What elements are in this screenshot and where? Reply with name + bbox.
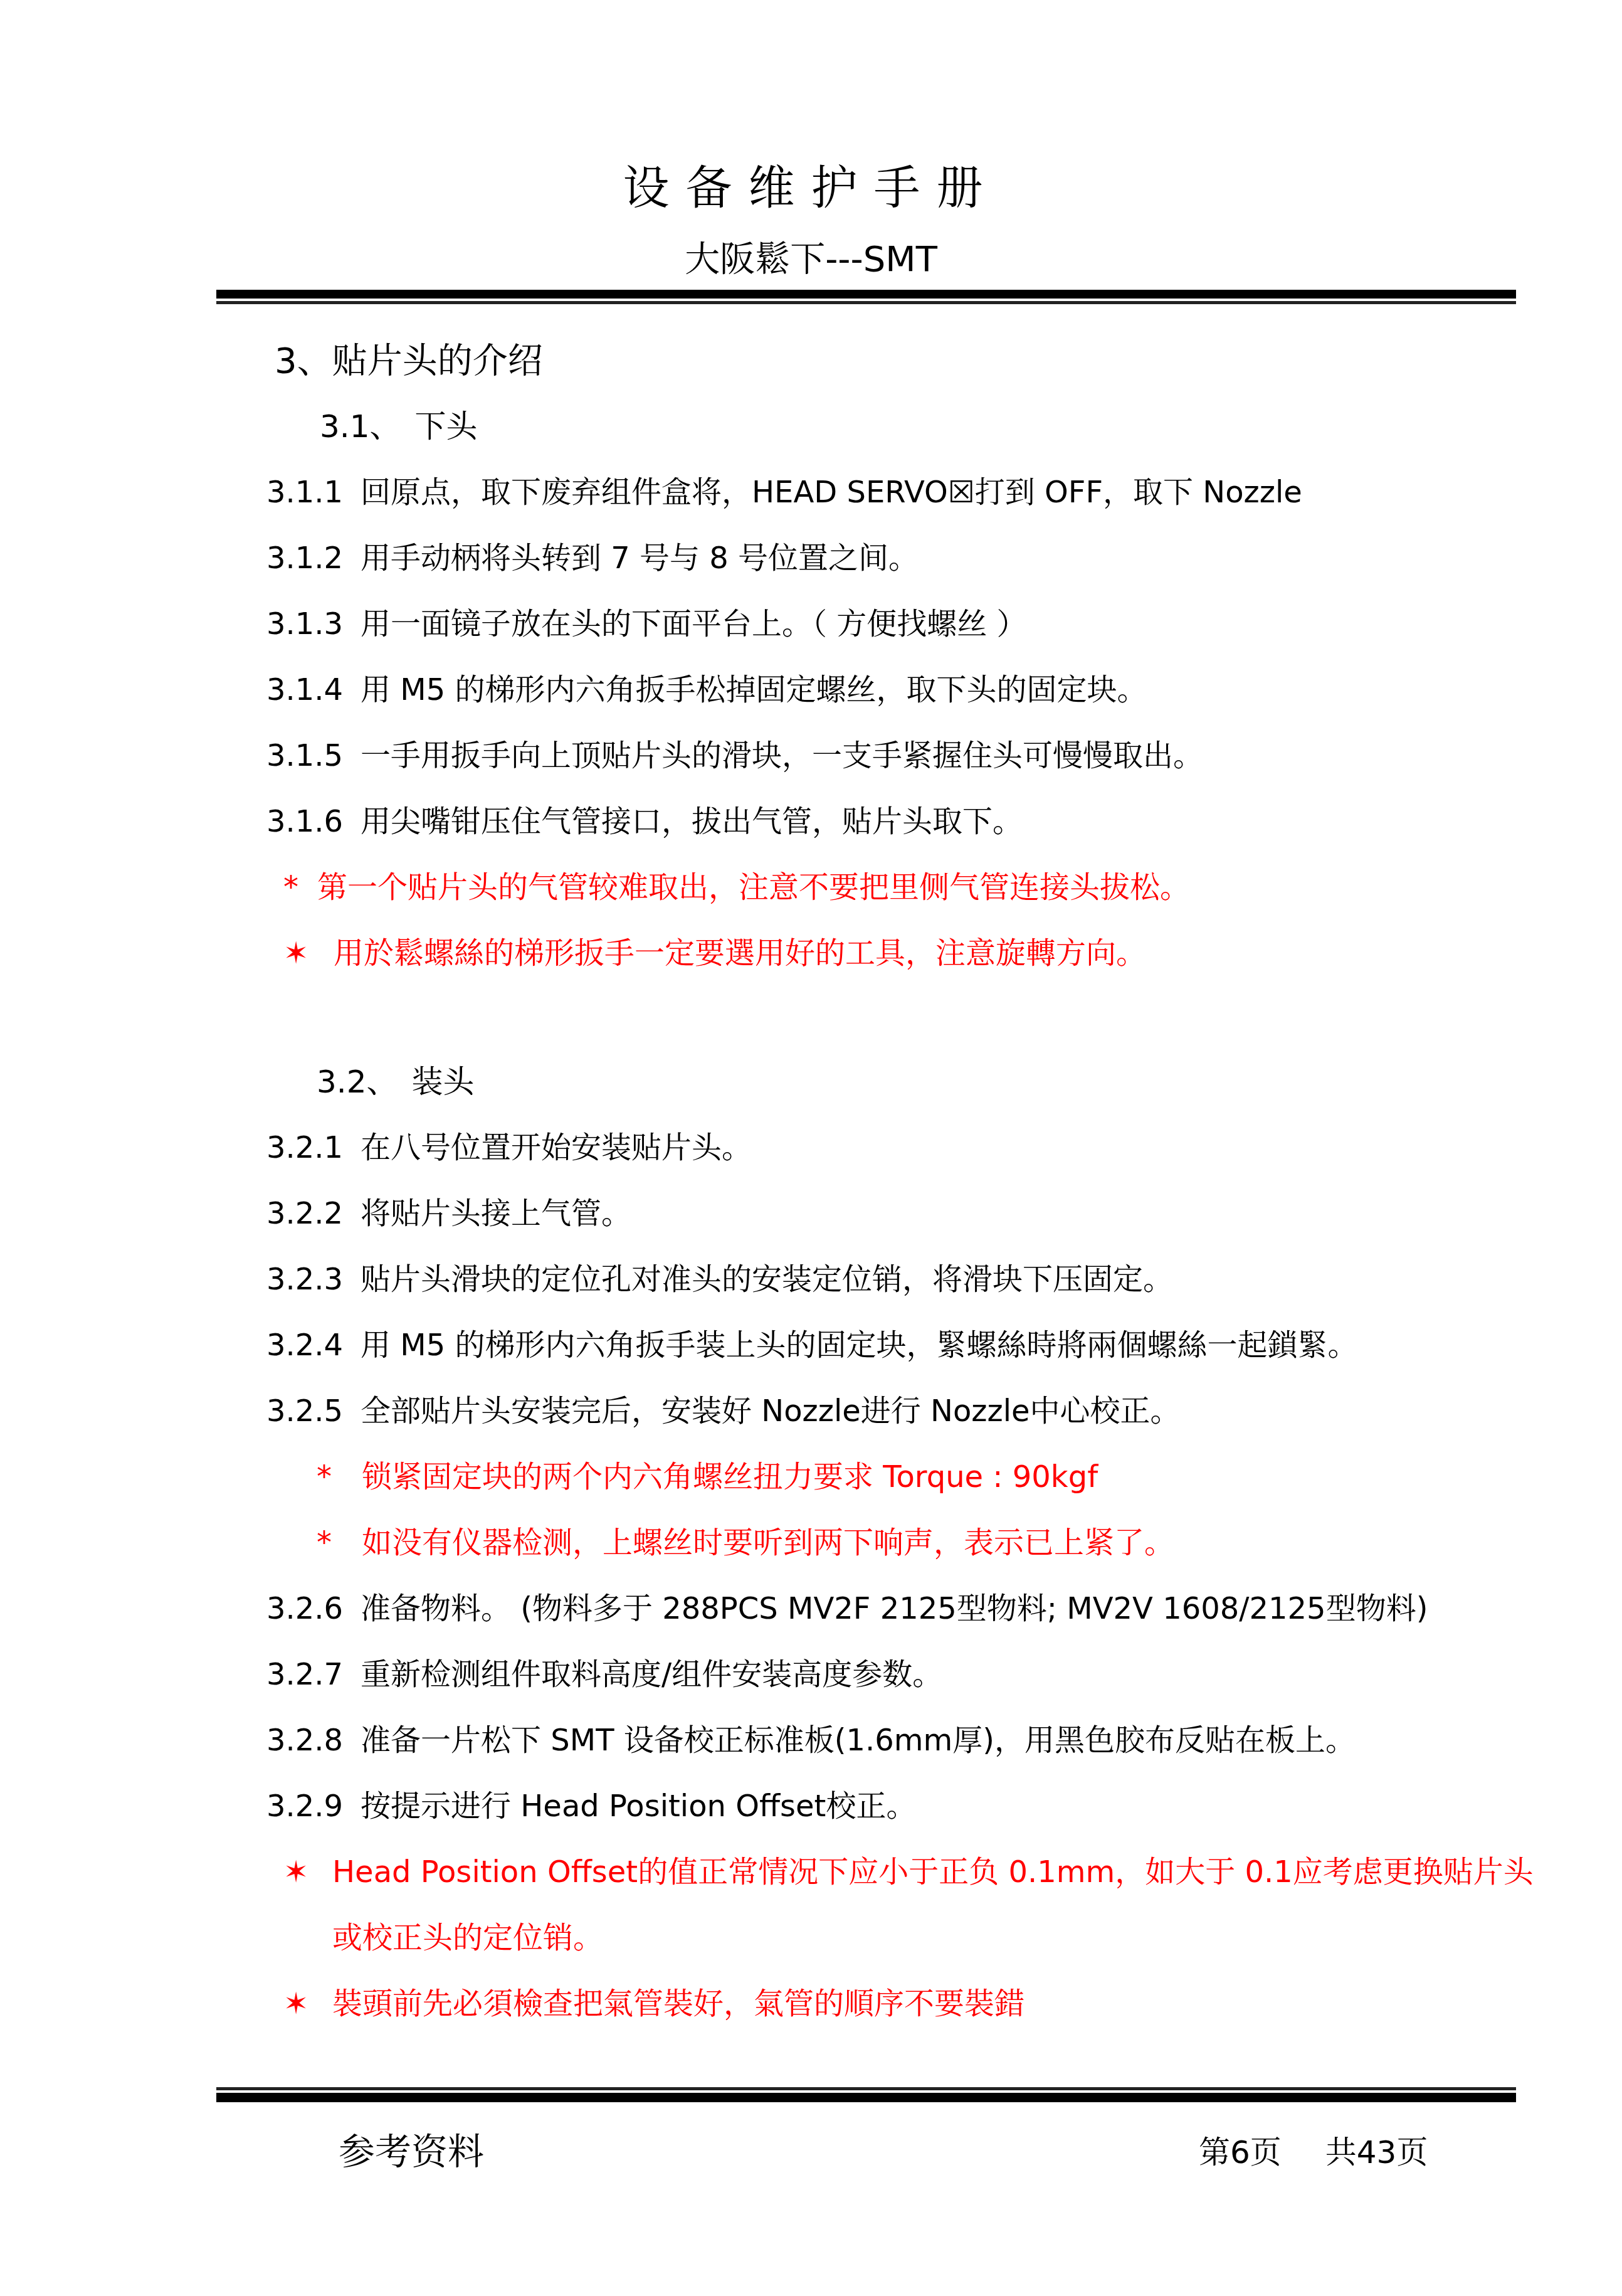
item-number: 3.1.4 bbox=[266, 671, 361, 709]
header-divider bbox=[216, 290, 1516, 305]
list-item: 3.2.4用 M5 的梯形内六角扳手装上头的固定块，緊螺絲時將兩個螺絲一起鎖緊。 bbox=[266, 1326, 1357, 1364]
note-text: 用於鬆螺絲的梯形扳手一定要選用好的工具，注意旋轉方向。 bbox=[334, 936, 1146, 971]
item-number: 3.2.2 bbox=[266, 1195, 361, 1232]
item-text: 用一面镜子放在头的下面平台上。（ 方便找螺丝 ） bbox=[361, 606, 1027, 642]
item-number: 3.1.2 bbox=[266, 539, 361, 577]
list-item: 3.2.7重新检测组件取料高度/组件安装高度参数。 bbox=[266, 1656, 942, 1693]
item-number: 3.2.7 bbox=[266, 1656, 361, 1693]
document-title: 设备维护手册 bbox=[0, 160, 1622, 216]
note-text: Head Position Offset的值正常情况下应小于正负 0.1mm，如… bbox=[332, 1854, 1534, 1890]
list-item: 3.1.5一手用扳手向上顶贴片头的滑块，一支手紧握住头可慢慢取出。 bbox=[266, 737, 1203, 775]
item-number: 3.2.1 bbox=[266, 1129, 361, 1167]
note-text: 裝頭前先必須檢查把氣管裝好，氣管的順序不要裝錯 bbox=[332, 1986, 1024, 2021]
item-number: 3.2.6 bbox=[266, 1590, 361, 1627]
footer-divider-thick bbox=[216, 2093, 1516, 2102]
item-text: 按提示进行 Head Position Offset校正。 bbox=[361, 1789, 916, 1824]
note-text: 如没有仪器检测，上螺丝时要听到两下响声，表示已上紧了。 bbox=[362, 1525, 1174, 1560]
warning-note: ✶用於鬆螺絲的梯形扳手一定要選用好的工具，注意旋轉方向。 bbox=[283, 934, 1146, 972]
note-text: 第一个贴片头的气管较难取出，注意不要把里侧气管连接头拔松。 bbox=[317, 870, 1190, 905]
list-item: 3.1.2用手动柄将头转到 7 号与 8 号位置之间。 bbox=[266, 539, 919, 577]
asterisk-icon: * bbox=[317, 1458, 362, 1496]
item-text: 回原点，取下废弃组件盒将，HEAD SERVO☒打到 OFF，取下 Nozzle bbox=[361, 475, 1302, 510]
item-number: 3.1.3 bbox=[266, 605, 361, 643]
item-number: 3.2.9 bbox=[266, 1787, 361, 1825]
list-item: 3.1.4用 M5 的梯形内六角扳手松掉固定螺丝，取下头的固定块。 bbox=[266, 671, 1147, 709]
item-text: 将贴片头接上气管。 bbox=[361, 1196, 631, 1231]
item-number: 3.1.5 bbox=[266, 737, 361, 775]
item-number: 3.2.4 bbox=[266, 1326, 361, 1364]
subsection-heading-3-1: 3.1、下头 bbox=[320, 406, 478, 447]
item-number: 3.2.5 bbox=[266, 1392, 361, 1430]
item-number: 3.1.1 bbox=[266, 473, 361, 511]
item-text: 准备物料。 (物料多于 288PCS MV2F 2125型物料; MV2V 16… bbox=[361, 1591, 1428, 1626]
footer-divider bbox=[216, 2087, 1516, 2103]
list-item: 3.2.6准备物料。 (物料多于 288PCS MV2F 2125型物料; MV… bbox=[266, 1590, 1428, 1627]
item-text: 在八号位置开始安装贴片头。 bbox=[361, 1130, 752, 1165]
item-number: 3.2.8 bbox=[266, 1722, 361, 1759]
current-page: 第6页 bbox=[1199, 2134, 1282, 2171]
warning-note: *锁紧固定块的两个内六角螺丝扭力要求 Torque : 90kgf bbox=[317, 1458, 1098, 1496]
list-item: 3.2.8准备一片松下 SMT 设备校正标准板(1.6mm厚)，用黑色胶布反贴在… bbox=[266, 1722, 1356, 1759]
item-text: 用 M5 的梯形内六角扳手松掉固定螺丝，取下头的固定块。 bbox=[361, 672, 1147, 707]
list-item: 3.2.5全部贴片头安装完后，安装好 Nozzle进行 Nozzle中心校正。 bbox=[266, 1392, 1181, 1430]
item-text: 重新检测组件取料高度/组件安装高度参数。 bbox=[361, 1657, 942, 1692]
total-pages: 共43页 bbox=[1325, 2134, 1428, 2171]
page-indicator: 第6页共43页 bbox=[1199, 2132, 1428, 2172]
item-number: 3.2.3 bbox=[266, 1261, 361, 1298]
section-heading: 3、贴片头的介绍 bbox=[275, 339, 543, 384]
warning-note-continuation: 或校正头的定位销。 bbox=[283, 1919, 603, 1957]
item-text: 用手动柄将头转到 7 号与 8 号位置之间。 bbox=[361, 541, 919, 576]
item-text: 用尖嘴钳压住气管接口，拔出气管，贴片头取下。 bbox=[361, 804, 1023, 839]
header-divider-thin bbox=[216, 301, 1516, 304]
list-item: 3.1.6用尖嘴钳压住气管接口，拔出气管，贴片头取下。 bbox=[266, 803, 1023, 840]
list-item: 3.2.1在八号位置开始安装贴片头。 bbox=[266, 1129, 752, 1167]
asterisk-icon: * bbox=[317, 1524, 362, 1562]
warning-note: ✶Head Position Offset的值正常情况下应小于正负 0.1mm，… bbox=[283, 1853, 1534, 1891]
list-item: 3.2.3贴片头滑块的定位孔对准头的安装定位销，将滑块下压固定。 bbox=[266, 1261, 1173, 1298]
document-subtitle: 大阪鬆下---SMT bbox=[0, 237, 1622, 282]
note-text: 锁紧固定块的两个内六角螺丝扭力要求 Torque : 90kgf bbox=[362, 1459, 1098, 1495]
asterisk-icon: ✶ bbox=[283, 934, 334, 972]
asterisk-icon: * bbox=[283, 869, 317, 906]
list-item: 3.2.9按提示进行 Head Position Offset校正。 bbox=[266, 1787, 916, 1825]
list-item: 3.2.2将贴片头接上气管。 bbox=[266, 1195, 631, 1232]
footer-label: 参考资料 bbox=[339, 2129, 484, 2174]
warning-note: *如没有仪器检测，上螺丝时要听到两下响声，表示已上紧了。 bbox=[317, 1524, 1174, 1562]
subsection-title: 下头 bbox=[415, 408, 478, 445]
subsection-heading-3-2: 3.2、装头 bbox=[317, 1062, 475, 1102]
header-divider-thick bbox=[216, 290, 1516, 299]
note-text: 或校正头的定位销。 bbox=[332, 1920, 603, 1955]
footer-divider-thin bbox=[216, 2087, 1516, 2090]
list-item: 3.1.1回原点，取下废弃组件盒将，HEAD SERVO☒打到 OFF，取下 N… bbox=[266, 473, 1302, 511]
warning-note: *第一个贴片头的气管较难取出，注意不要把里侧气管连接头拔松。 bbox=[283, 869, 1190, 906]
item-text: 准备一片松下 SMT 设备校正标准板(1.6mm厚)，用黑色胶布反贴在板上。 bbox=[361, 1723, 1356, 1758]
item-text: 一手用扳手向上顶贴片头的滑块，一支手紧握住头可慢慢取出。 bbox=[361, 738, 1203, 773]
list-item: 3.1.3用一面镜子放在头的下面平台上。（ 方便找螺丝 ） bbox=[266, 605, 1027, 643]
item-number: 3.1.6 bbox=[266, 803, 361, 840]
subsection-number: 3.1、 bbox=[320, 406, 401, 447]
warning-note: ✶裝頭前先必須檢查把氣管裝好，氣管的順序不要裝錯 bbox=[283, 1985, 1024, 2023]
item-text: 贴片头滑块的定位孔对准头的安装定位销，将滑块下压固定。 bbox=[361, 1262, 1173, 1297]
subsection-number: 3.2、 bbox=[317, 1062, 398, 1102]
asterisk-icon: ✶ bbox=[283, 1985, 332, 2023]
item-text: 全部贴片头安装完后，安装好 Nozzle进行 Nozzle中心校正。 bbox=[361, 1394, 1181, 1429]
item-text: 用 M5 的梯形内六角扳手装上头的固定块，緊螺絲時將兩個螺絲一起鎖緊。 bbox=[361, 1328, 1357, 1363]
subsection-title: 装头 bbox=[412, 1064, 475, 1100]
asterisk-icon: ✶ bbox=[283, 1853, 332, 1891]
